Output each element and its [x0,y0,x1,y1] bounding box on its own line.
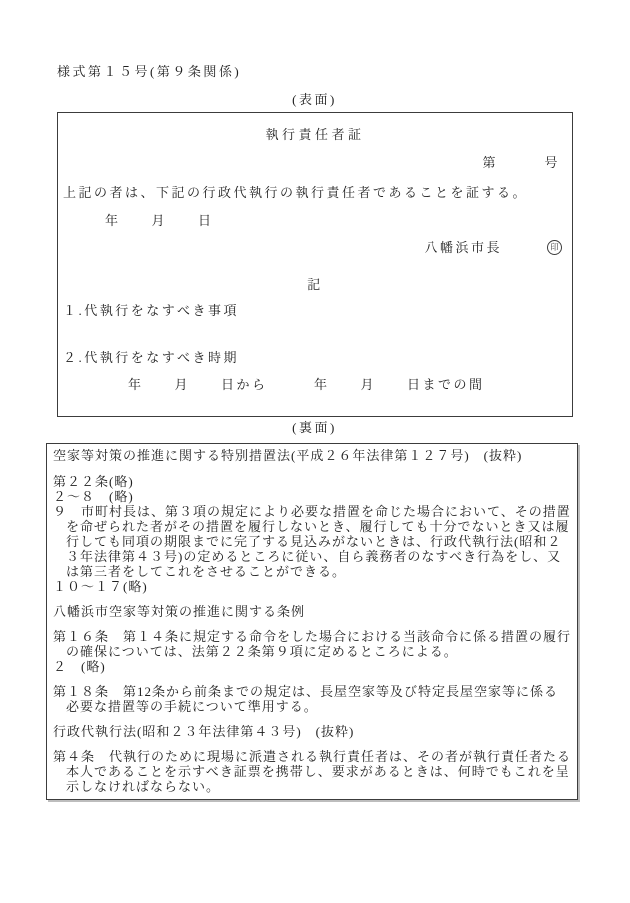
seal-icon: 印 [547,240,562,255]
legal-paragraph: ９ 市町村長は、第３項の規定により必要な措置を命じた場合において、その措置を命ぜ… [53,504,571,579]
issue-date-line: 年 月 日 [58,213,572,228]
front-side-label: (表面) [57,92,572,107]
legal-paragraph: 空家等対策の推進に関する特別措置法(平成２６年法律第１２７号) (抜粋) [53,448,571,463]
certificate-title: 執行責任者証 [58,127,572,142]
legal-paragraph: 第４条 代執行のために現場に派遣される執行責任者は、その者が執行責任者たる本人で… [53,749,571,794]
execution-period-line: 年 月 日から 年 月 日までの間 [58,377,572,392]
item-2-period: ２.代執行をなすべき時期 [58,350,572,365]
certificate-number-line: 第 号 [58,155,572,170]
legal-extract-box: 空家等対策の推進に関する特別措置法(平成２６年法律第１２７号) (抜粋) 第２２… [46,443,578,800]
legal-paragraph: 第１６条 第１４条に規定する命令をした場合における当該命令に係る措置の履行の確保… [53,629,571,659]
item-1-matters: １.代執行をなすべき事項 [58,303,572,318]
legal-paragraph: 第２２条(略) [53,474,571,489]
legal-paragraph: ２ (略) [53,659,571,674]
form-number: 様式第１５号(第９条関係) [57,64,241,79]
mayor-signature-row: 八幡浜市長 印 [58,240,572,255]
certificate-box: 執行責任者証 第 号 上記の者は、下記の行政代執行の執行責任者であることを証する… [57,112,573,417]
legal-paragraph: １０〜１７(略) [53,579,571,594]
certificate-statement: 上記の者は、下記の行政代執行の執行責任者であることを証する。 [58,185,572,200]
legal-paragraph: ２〜８ (略) [53,489,571,504]
mayor-name: 八幡浜市長 [424,240,502,255]
note-heading: 記 [58,277,572,292]
back-side-label: (裏面) [57,420,572,435]
legal-paragraph: 第１８条 第12条から前条までの規定は、長屋空家等及び特定長屋空家等に係る必要な… [53,684,571,714]
legal-paragraph: 行政代執行法(昭和２３年法律第４３号) (抜粋) [53,724,571,739]
legal-paragraph: 八幡浜市空家等対策の推進に関する条例 [53,604,571,619]
